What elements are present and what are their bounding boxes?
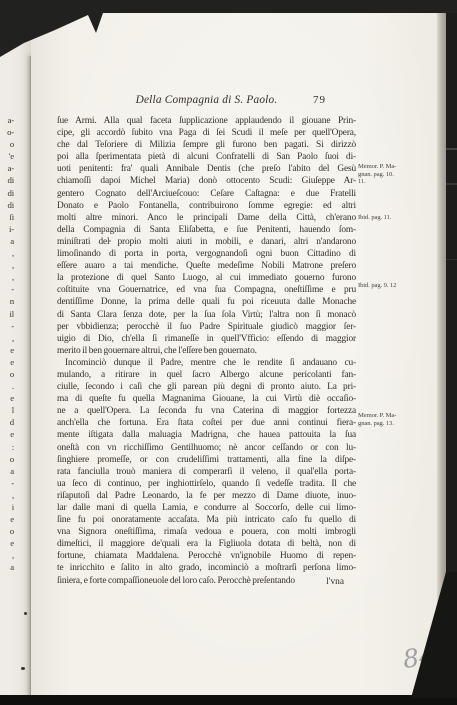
text-line: mente iſtigata dalla maluagia Madrigna, …: [57, 429, 356, 441]
fragment-line: a: [0, 465, 14, 477]
margin-note-line: Memor. P. Ma-: [358, 163, 396, 171]
text-line: cipe, gli accordò ſubito vna Paga di ſei…: [57, 127, 356, 139]
fragment-line: o: [0, 525, 14, 537]
fragment-line: e: [0, 513, 14, 525]
facing-page-edge: a-o-o'ea-dididiſii-a,,,-nil-,eeo.elde:oa…: [0, 40, 31, 697]
text-line: uigio di Dio, ch'ella ſi rimaneſſe in qu…: [57, 333, 356, 345]
text-line: oneſtà con vn ricchiſſimo Gentilhuomo; n…: [57, 442, 356, 454]
text-line: ma di queſte fu quella Magnanima Giouane…: [57, 393, 356, 405]
book-page: Della Compagnia di S. Paolo. 79 ſue Armi…: [31, 13, 437, 696]
text-line: di Santa Clara ſenza dote, per la ſua ſo…: [57, 309, 356, 321]
fragment-line: a: [0, 235, 14, 247]
text-line: dimeſtici, il maggiore de'quali era la F…: [57, 538, 356, 550]
fragment-line: a-: [0, 162, 14, 174]
text-line: mulando, a ritirare in quel ſacro Alberg…: [57, 369, 356, 381]
fragment-line: -: [0, 477, 14, 489]
margin-note-line: gnan. pag. 13.: [358, 420, 396, 428]
running-header: Della Compagnia di S. Paolo.: [57, 94, 356, 108]
text-line: per vbbidienza; perocchè il ſuo Padre Sp…: [57, 321, 356, 333]
fragment-line: e: [0, 344, 14, 356]
text-line: chiamoſſi dapoi Michel Maria) donò ottoc…: [57, 175, 356, 187]
text-line: ua ſeco di continuo, per inghiottirſelo,…: [57, 478, 356, 490]
text-line: eſſere auaro a tai mendiche. Queſte mede…: [57, 260, 356, 272]
text-line: lar dalle mani di quella Lamia, e condur…: [57, 502, 356, 514]
fragment-line: -: [0, 283, 14, 295]
text-line: uoti penitenti: fra' quali Annibale Dent…: [57, 163, 356, 175]
paper-speck: [24, 612, 27, 615]
fragment-line: e: [0, 537, 14, 549]
fragment-line: d: [0, 416, 14, 428]
body-text: ſue Armi. Alla qual faceta ſupplicazione…: [57, 115, 356, 587]
text-line: coſtituite vna Gouernatrice, ed vna ſua …: [57, 284, 356, 296]
margin-note: Memor. P. Ma-gnan. pag. 10.11.: [358, 163, 396, 186]
fragment-line: 'e: [0, 150, 14, 162]
page-number: 79: [313, 94, 326, 106]
fragment-line: di: [0, 199, 14, 211]
fragment-line: o-: [0, 126, 14, 138]
text-line: miniſtrati del propio molti aiuti in mob…: [57, 236, 356, 248]
page-edge-streak: [446, 183, 457, 185]
page-edge-streak: [446, 148, 457, 150]
text-line: anch'ella che fortuna. Era ſtata coſtei …: [57, 417, 356, 429]
text-line: fortune, chiamata Maddalena. Perocchè vn…: [57, 550, 356, 562]
facing-page-fragments: a-o-o'ea-dididiſii-a,,,-nil-,eeo.elde:oa…: [0, 114, 14, 574]
fragment-line: ,: [0, 332, 14, 344]
text-line: te inricchito e ſalito in alto grado, in…: [57, 562, 356, 574]
fragment-line: ,: [0, 549, 14, 561]
fragment-line: :: [0, 441, 14, 453]
fragment-line: -: [0, 320, 14, 332]
fragment-line: e: [0, 428, 14, 440]
text-line: dentiſſime Donne, la prima delle quali f…: [57, 296, 356, 308]
margin-notes: Memor. P. Ma-gnan. pag. 10.11.Ibid. pag.…: [358, 13, 434, 696]
fragment-line: o: [0, 368, 14, 380]
margin-note: Ibid. pag. 9. 12: [358, 282, 396, 290]
fragment-line: il: [0, 308, 14, 320]
fragment-line: ,: [0, 247, 14, 259]
text-line: limoſinando di porta in porta, vergognan…: [57, 248, 356, 260]
text-line: ſine fu poi onoratamente accaſata. Ma pi…: [57, 514, 356, 526]
text-line: ne a quell'Opera. La ſeconda fu vna Cate…: [57, 405, 356, 417]
margin-note-line: Memor. P. Ma-: [358, 412, 396, 420]
catchword: l'vna: [57, 577, 356, 587]
fragment-line: n: [0, 295, 14, 307]
fragment-line: ,: [0, 271, 14, 283]
paper-speck: [21, 667, 25, 670]
text-line: ſue Armi. Alla qual faceta ſupplicazione…: [57, 115, 356, 127]
page-edge-streak: [446, 259, 457, 260]
text-line: gentero Cognato dell'Arciueſcouo: Ceſare…: [57, 188, 356, 200]
fragment-line: .: [0, 380, 14, 392]
margin-note-line: 11.: [358, 178, 396, 186]
text-line: merito il ben gouernare altrui, che l'eſ…: [57, 345, 356, 357]
text-line: rata fanciulla trouò maniera di comperar…: [57, 466, 356, 478]
fragment-line: ſi: [0, 211, 14, 223]
fragment-line: i: [0, 501, 14, 513]
text-line: poi alla ſperimentata pietà di alcuni Co…: [57, 151, 356, 163]
text-line: ſinghiere promeſſe, or con crudeliſſimi …: [57, 454, 356, 466]
scan-background-bottom: [0, 695, 457, 705]
fragment-line: a-: [0, 114, 14, 126]
text-line: Incominciò dunque il Padre, mentre che l…: [57, 357, 356, 369]
fragment-line: e: [0, 392, 14, 404]
text-line: la protezione di quel Santo Luogo, al cu…: [57, 272, 356, 284]
fragment-line: e: [0, 356, 14, 368]
text-line: vna Signora oneſtiſſima, rimaſa vedoua e…: [57, 526, 356, 538]
margin-note-line: Ibid. pag. 9. 12: [358, 282, 396, 290]
fragment-line: ,: [0, 489, 14, 501]
fragment-line: l: [0, 404, 14, 416]
fragment-line: di: [0, 174, 14, 186]
text-line: Donato e Paolo Fontanella, contribuirono…: [57, 200, 356, 212]
paper-speck: [109, 240, 111, 242]
margin-note: Ibid. pag. 11.: [358, 214, 391, 222]
fragment-line: di: [0, 187, 14, 199]
text-line: riſaputoſi dal Padre Leonardo, la fe per…: [57, 490, 356, 502]
margin-note: Memor. P. Ma-gnan. pag. 13.: [358, 412, 396, 427]
fragment-line: i-: [0, 223, 14, 235]
text-line: ciulle, ſecondo i caſi che gli parean pi…: [57, 381, 356, 393]
margin-note-line: Ibid. pag. 11.: [358, 214, 391, 222]
text-line: della Compagnia di Santa Eliſabetta, e ſ…: [57, 224, 356, 236]
fragment-line: ,: [0, 259, 14, 271]
book-scan: a-o-o'ea-dididiſii-a,,,-nil-,eeo.elde:oa…: [0, 0, 457, 705]
fragment-line: a: [0, 561, 14, 573]
text-line: che dal Teſoriere di Milizia ſempre gli …: [57, 139, 356, 151]
fragment-line: o: [0, 453, 14, 465]
text-line: molti altre minori. Anco le principali D…: [57, 212, 356, 224]
margin-note-line: gnan. pag. 10.: [358, 171, 396, 179]
fragment-line: o: [0, 138, 14, 150]
